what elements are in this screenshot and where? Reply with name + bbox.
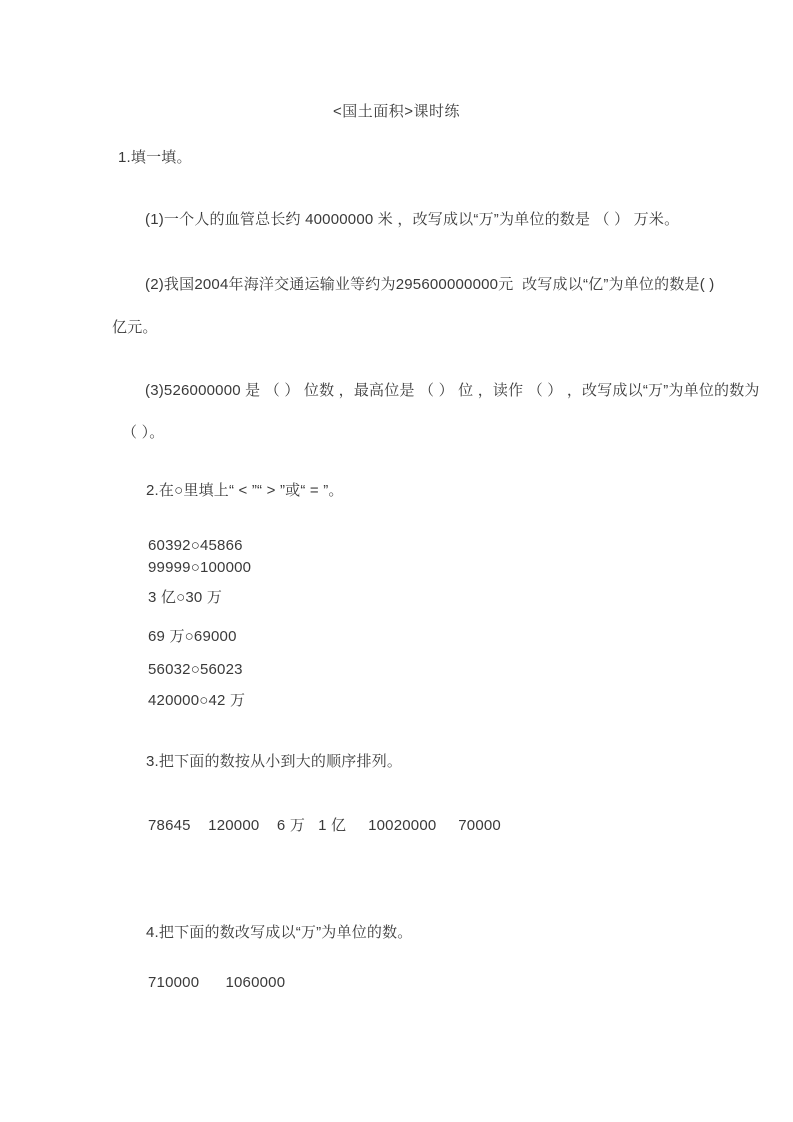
question-1-1: (1)一个人的血管总长约 40000000 米 ，改写成以“万”为单位的数是 （… xyxy=(145,211,679,230)
page-title: <国土面积>课时练 xyxy=(0,103,793,122)
section-4-numbers-row: 710000 1060000 xyxy=(148,974,285,993)
section-4-heading: 4.把下面的数改写成以“万”为单位的数。 xyxy=(146,924,413,943)
worksheet-page: <国土面积>课时练 1.填一填。 (1)一个人的血管总长约 40000000 米… xyxy=(0,0,793,1122)
question-1-3-line-2: （ ）。 xyxy=(122,424,164,443)
comparison-item: 420000○42 万 xyxy=(148,692,245,711)
section-3-heading: 3.把下面的数按从小到大的顺序排列。 xyxy=(146,753,402,772)
comparison-item: 69 万○69000 xyxy=(148,628,237,647)
question-1-2-line-2: 亿元。 xyxy=(112,319,158,338)
section-1-heading: 1.填一填。 xyxy=(118,149,192,168)
section-2-heading: 2.在○里填上“ < ”“ > ”或“ = ”。 xyxy=(146,482,344,501)
comparison-item: 60392○45866 xyxy=(148,537,243,556)
comparison-item: 56032○56023 xyxy=(148,661,243,680)
section-3-numbers-row: 78645 120000 6 万 1 亿 10020000 70000 xyxy=(148,817,501,836)
comparison-item: 3 亿○30 万 xyxy=(148,589,222,608)
question-1-3-line-1: (3)526000000 是 （ ） 位数 ，最高位是 （ ） 位 ，读作 （ … xyxy=(145,382,760,401)
question-1-2-line-1: (2)我国2004年海洋交通运输业等约为295600000000元 改写成以“亿… xyxy=(145,276,715,295)
comparison-item: 99999○100000 xyxy=(148,559,251,578)
